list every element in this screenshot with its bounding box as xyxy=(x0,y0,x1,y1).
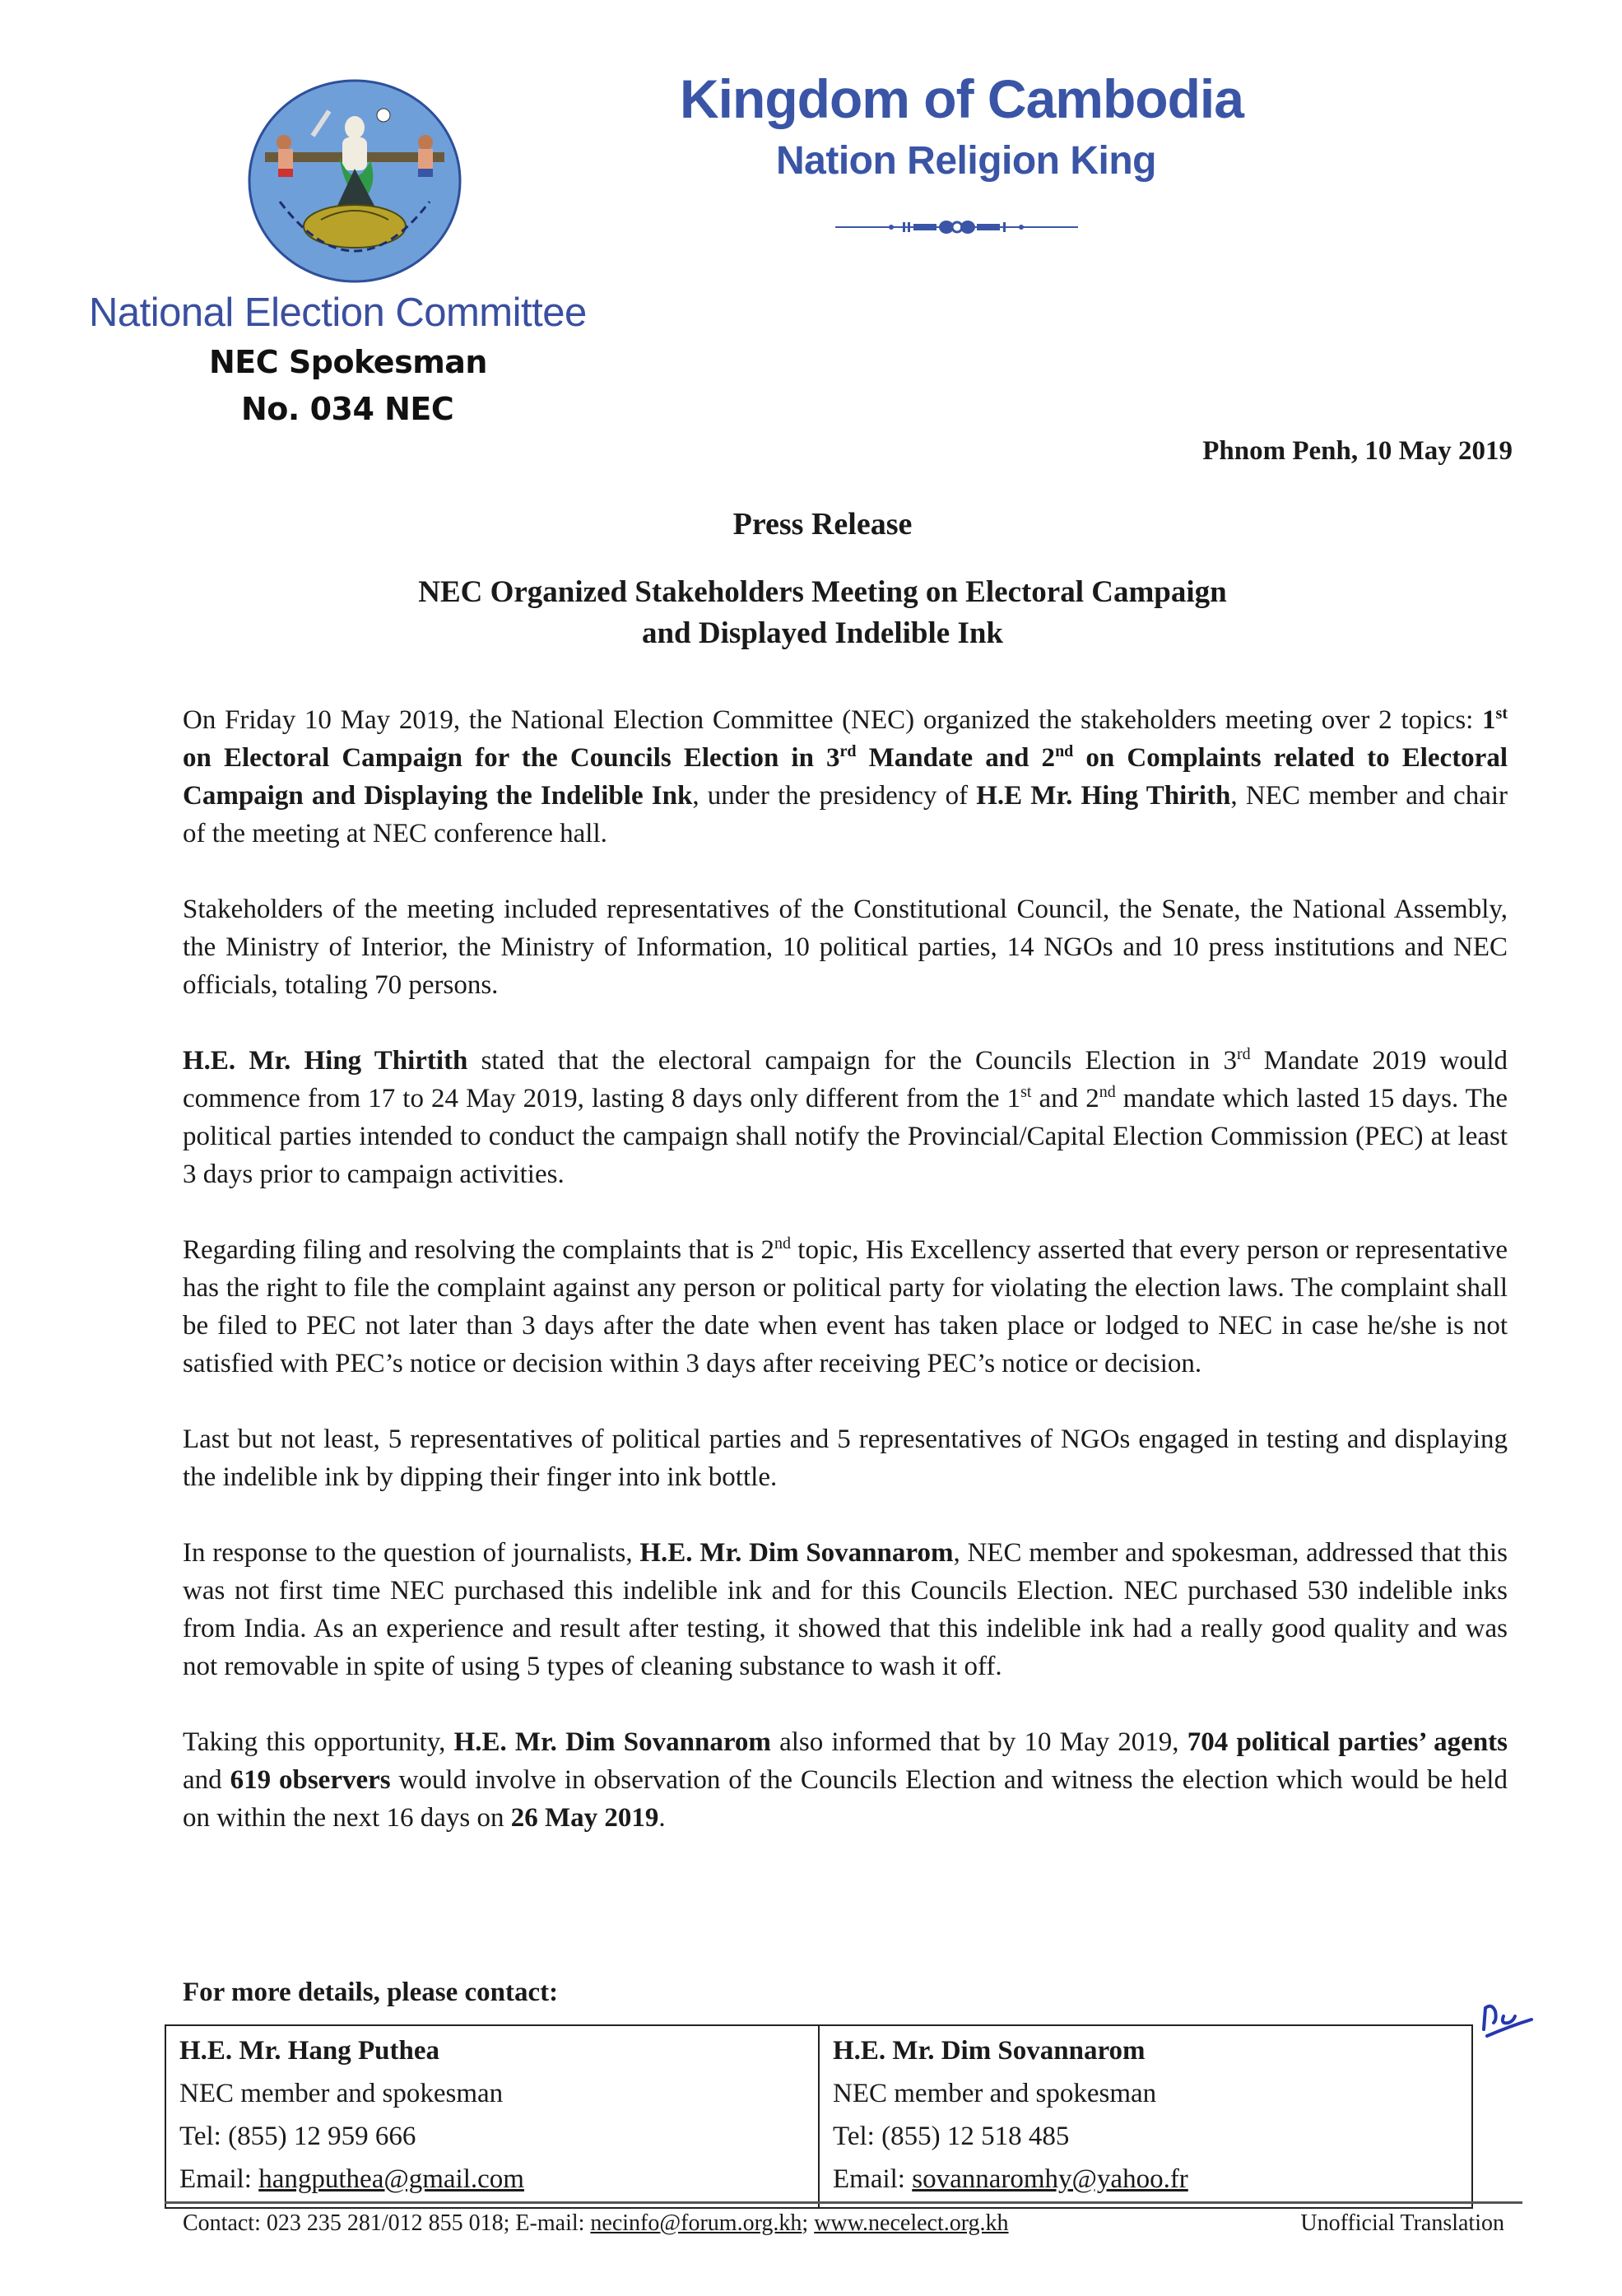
paragraph-6: In response to the question of journalis… xyxy=(183,1534,1508,1685)
footer-website-link[interactable]: www.necelect.org.kh xyxy=(814,2210,1008,2236)
office-name: NEC Spokesman xyxy=(209,344,487,380)
contact-role: NEC member and spokesman xyxy=(179,2072,805,2115)
contact-role: NEC member and spokesman xyxy=(833,2072,1458,2115)
article-body: On Friday 10 May 2019, the National Elec… xyxy=(183,701,1508,1837)
national-motto: Nation Religion King xyxy=(0,138,1622,184)
contact-email: Email: hangputhea@gmail.com xyxy=(179,2158,805,2201)
date-location: Phnom Penh, 10 May 2019 xyxy=(1202,436,1513,467)
headline: NEC Organized Stakeholders Meeting on El… xyxy=(0,572,1622,654)
contact-card: H.E. Mr. Hang Puthea NEC member and spok… xyxy=(165,2025,819,2208)
footer-email-link[interactable]: necinfo@forum.org.kh xyxy=(590,2210,802,2236)
contact-table: H.E. Mr. Hang Puthea NEC member and spok… xyxy=(165,2024,1473,2209)
paragraph-1: On Friday 10 May 2019, the National Elec… xyxy=(183,701,1508,853)
contact-email: Email: sovannaromhy@yahoo.fr xyxy=(833,2158,1458,2201)
handwritten-initials-icon xyxy=(1477,1998,1535,2039)
translation-note: Unofficial Translation xyxy=(1300,2210,1504,2237)
paragraph-7: Taking this opportunity, H.E. Mr. Dim So… xyxy=(183,1723,1508,1837)
document-type: Press Release xyxy=(0,506,1622,542)
contact-name: H.E. Mr. Hang Puthea xyxy=(179,2029,805,2072)
chair-name: H.E Mr. Hing Thirith xyxy=(976,781,1230,811)
contact-phone: Tel: (855) 12 518 485 xyxy=(833,2115,1458,2158)
paragraph-4: Regarding filing and resolving the compl… xyxy=(183,1231,1508,1383)
document-number: No. 034 NEC xyxy=(241,391,453,427)
paragraph-5: Last but not least, 5 representatives of… xyxy=(183,1420,1508,1496)
email-link[interactable]: sovannaromhy@yahoo.fr xyxy=(912,2164,1188,2194)
contact-card: H.E. Mr. Dim Sovannarom NEC member and s… xyxy=(819,2025,1472,2208)
paragraph-2: Stakeholders of the meeting included rep… xyxy=(183,890,1508,1004)
headline-line-1: NEC Organized Stakeholders Meeting on El… xyxy=(23,572,1622,613)
contact-name: H.E. Mr. Dim Sovannarom xyxy=(833,2029,1458,2072)
country-title: Kingdom of Cambodia xyxy=(680,67,1243,130)
headline-line-2: and Displayed Indelible Ink xyxy=(23,613,1622,654)
paragraph-3: H.E. Mr. Hing Thirtith stated that the e… xyxy=(183,1042,1508,1193)
footer-divider xyxy=(165,2201,1522,2204)
email-link[interactable]: hangputhea@gmail.com xyxy=(258,2164,524,2194)
footer-contact: Contact: 023 235 281/012 855 018; E-mail… xyxy=(183,2210,1009,2237)
organization-name: National Election Committee xyxy=(89,290,587,336)
ornamental-divider-icon xyxy=(835,217,1078,237)
contact-phone: Tel: (855) 12 959 666 xyxy=(179,2115,805,2158)
contact-heading: For more details, please contact: xyxy=(183,1978,558,2008)
